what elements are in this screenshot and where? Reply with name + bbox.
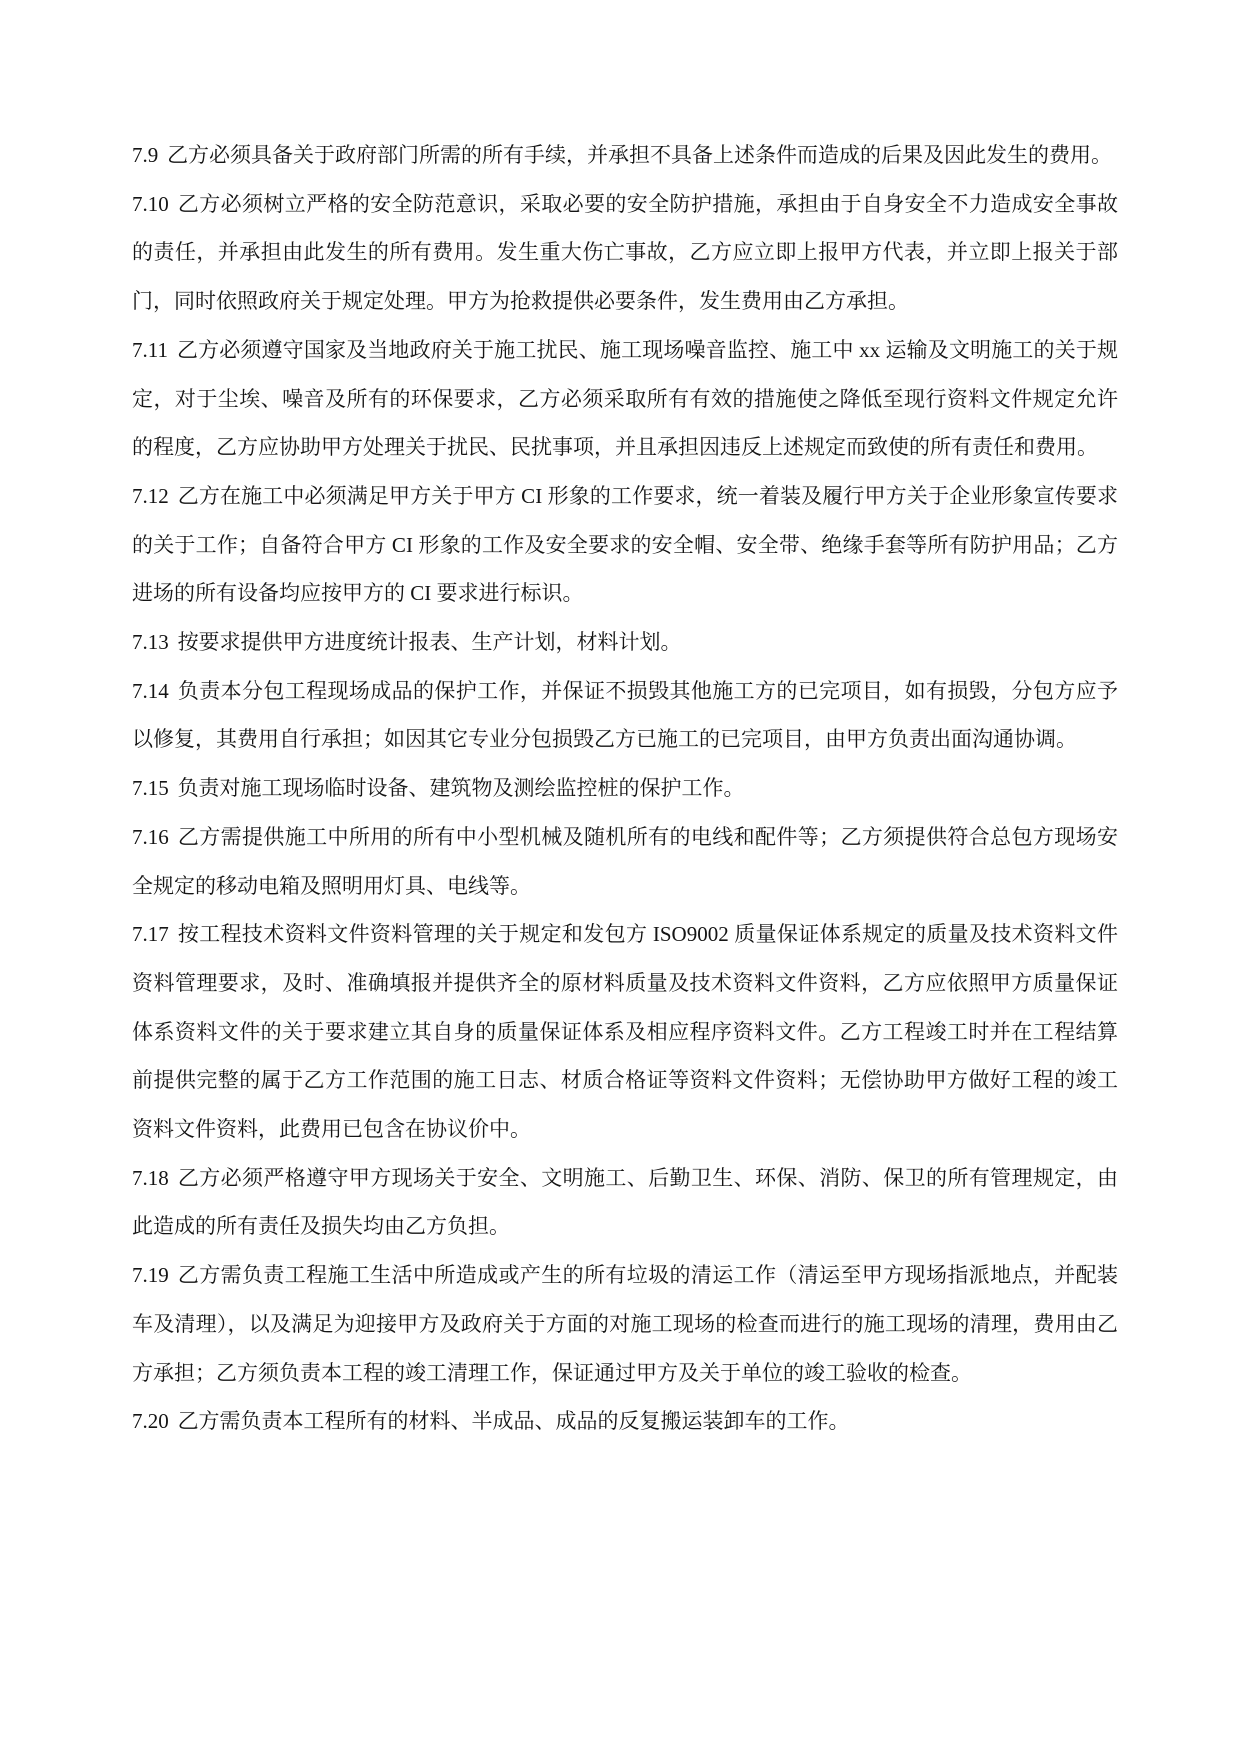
clause-text: 乙方必须树立严格的安全防范意识，采取必要的安全防护措施，承担由于自身安全不力造成… (132, 192, 1118, 313)
clause-7-19: 7.19乙方需负责工程施工生活中所造成或产生的所有垃圾的清运工作（清运至甲方现场… (132, 1251, 1118, 1397)
clause-7-13: 7.13按要求提供甲方进度统计报表、生产计划，材料计划。 (132, 618, 1118, 667)
clause-number: 7.11 (132, 338, 168, 362)
clause-7-18: 7.18乙方必须严格遵守甲方现场关于安全、文明施工、后勤卫生、环保、消防、保卫的… (132, 1154, 1118, 1251)
clause-7-12: 7.12乙方在施工中必须满足甲方关于甲方 CI 形象的工作要求，统一着装及履行甲… (132, 472, 1118, 618)
clause-text: 乙方需负责工程施工生活中所造成或产生的所有垃圾的清运工作（清运至甲方现场指派地点… (132, 1263, 1118, 1384)
clause-number: 7.9 (132, 143, 158, 167)
clause-number: 7.12 (132, 484, 169, 508)
clause-number: 7.13 (132, 630, 169, 654)
clause-text: 乙方必须具备关于政府部门所需的所有手续，并承担不具备上述条件而造成的后果及因此发… (167, 143, 1112, 167)
clause-text: 乙方需提供施工中所用的所有中小型机械及随机所有的电线和配件等；乙方须提供符合总包… (132, 825, 1118, 898)
clause-7-10: 7.10乙方必须树立严格的安全防范意识，采取必要的安全防护措施，承担由于自身安全… (132, 180, 1118, 326)
clause-7-17: 7.17按工程技术资料文件资料管理的关于规定和发包方 ISO9002 质量保证体… (132, 910, 1118, 1154)
clause-7-16: 7.16乙方需提供施工中所用的所有中小型机械及随机所有的电线和配件等；乙方须提供… (132, 813, 1118, 910)
clause-text: 负责对施工现场临时设备、建筑物及测绘监控桩的保护工作。 (178, 776, 745, 800)
contract-clauses-section: 7.9乙方必须具备关于政府部门所需的所有手续，并承担不具备上述条件而造成的后果及… (132, 131, 1118, 1446)
clause-number: 7.15 (132, 776, 169, 800)
clause-text: 负责本分包工程现场成品的保护工作，并保证不损毁其他施工方的已完项目，如有损毁，分… (132, 679, 1118, 752)
clause-number: 7.16 (132, 825, 169, 849)
clause-text: 乙方必须严格遵守甲方现场关于安全、文明施工、后勤卫生、环保、消防、保卫的所有管理… (132, 1166, 1118, 1239)
clause-number: 7.14 (132, 679, 169, 703)
clause-text: 按要求提供甲方进度统计报表、生产计划，材料计划。 (178, 630, 682, 654)
clause-text: 乙方在施工中必须满足甲方关于甲方 CI 形象的工作要求，统一着装及履行甲方关于企… (132, 484, 1118, 605)
clause-7-11: 7.11乙方必须遵守国家及当地政府关于施工扰民、施工现场噪音监控、施工中 xx … (132, 326, 1118, 472)
document-page: 7.9乙方必须具备关于政府部门所需的所有手续，并承担不具备上述条件而造成的后果及… (0, 0, 1240, 1753)
clause-7-9: 7.9乙方必须具备关于政府部门所需的所有手续，并承担不具备上述条件而造成的后果及… (132, 131, 1118, 180)
clause-number: 7.10 (132, 192, 169, 216)
clause-number: 7.19 (132, 1263, 169, 1287)
clause-7-15: 7.15负责对施工现场临时设备、建筑物及测绘监控桩的保护工作。 (132, 764, 1118, 813)
clause-number: 7.20 (132, 1409, 169, 1433)
clause-text: 按工程技术资料文件资料管理的关于规定和发包方 ISO9002 质量保证体系规定的… (132, 922, 1118, 1141)
clause-7-20: 7.20乙方需负责本工程所有的材料、半成品、成品的反复搬运装卸车的工作。 (132, 1397, 1118, 1446)
clause-text: 乙方必须遵守国家及当地政府关于施工扰民、施工现场噪音监控、施工中 xx 运输及文… (132, 338, 1118, 459)
clause-number: 7.18 (132, 1166, 169, 1190)
clause-7-14: 7.14负责本分包工程现场成品的保护工作，并保证不损毁其他施工方的已完项目，如有… (132, 667, 1118, 764)
clause-text: 乙方需负责本工程所有的材料、半成品、成品的反复搬运装卸车的工作。 (178, 1409, 850, 1433)
clause-number: 7.17 (132, 922, 169, 946)
